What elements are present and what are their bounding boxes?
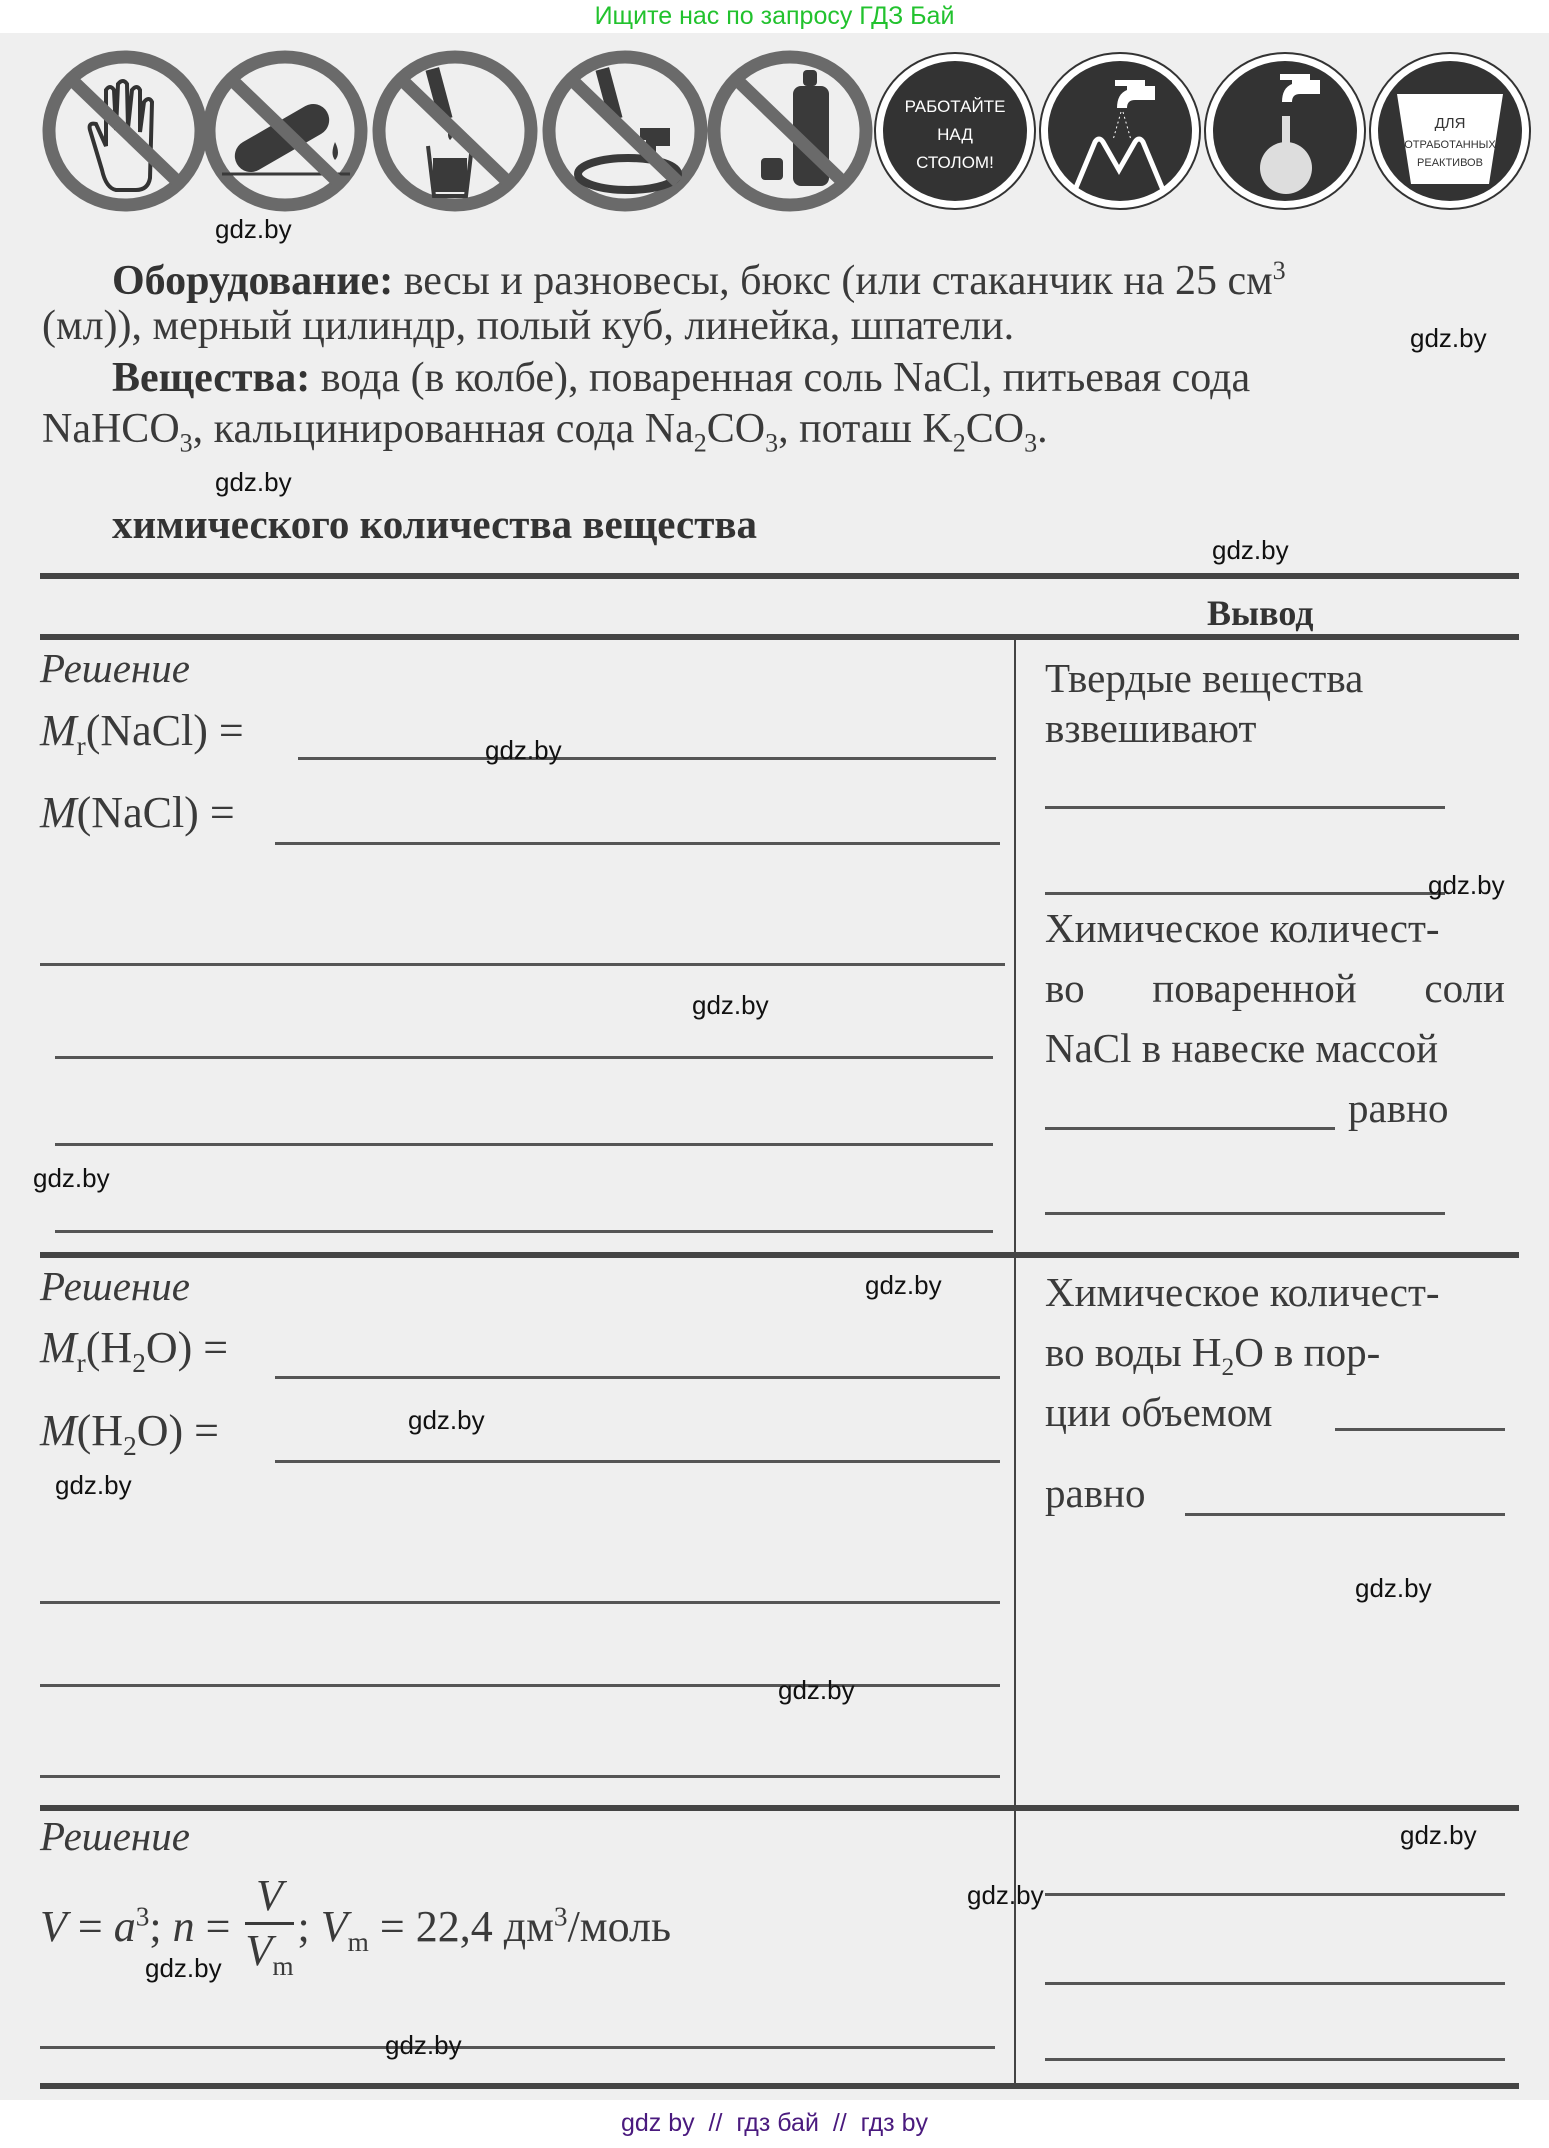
answer-line[interactable] [40, 1601, 1000, 1604]
search-hint-banner: Ищите нас по запросу ГДЗ Бай [0, 0, 1549, 33]
conclusion-text: ции объемом [1045, 1384, 1272, 1440]
answer-line[interactable] [1045, 806, 1445, 809]
fraction: VVm [245, 1870, 293, 1992]
row-rule [40, 1252, 1519, 1258]
answer-line[interactable] [55, 1056, 993, 1059]
waste-reagents-icon: ДЛЯ ОТРАБОТАННЫХ РЕАКТИВОВ [1365, 50, 1535, 212]
answer-line[interactable] [55, 1230, 993, 1233]
answer-line[interactable] [1045, 892, 1445, 895]
answer-line[interactable] [275, 842, 1000, 845]
rinse-flask-icon [1200, 50, 1370, 212]
no-open-bottle-icon [705, 50, 875, 212]
no-spill-test-tube-icon [200, 50, 370, 212]
watermark: gdz.by [55, 1470, 132, 1501]
watermark: gdz.by [33, 1163, 110, 1194]
answer-line[interactable] [1335, 1428, 1505, 1431]
conclusion-header: Вывод [1207, 592, 1314, 634]
answer-line[interactable] [40, 1775, 1000, 1778]
answer-line[interactable] [275, 1376, 1000, 1379]
answer-line[interactable] [1045, 1127, 1335, 1130]
watermark: gdz.by [865, 1270, 942, 1301]
watermark: gdz.by [385, 2030, 462, 2061]
answer-line[interactable] [40, 2046, 995, 2049]
watermark: gdz.by [967, 1880, 1044, 1911]
substances-label: Вещества: [112, 355, 310, 401]
table-header-rule [40, 634, 1519, 640]
watermark: gdz.by [1428, 870, 1505, 901]
formula-mr-h2o: Mr(H2O) = [40, 1322, 228, 1379]
equipment-line-2: (мл)), мерный цилиндр, полый куб, линейк… [42, 305, 1014, 347]
formula-m-h2o: M(H2O) = [40, 1405, 219, 1462]
watermark: gdz.by [778, 1675, 855, 1706]
equipment-line-1: Оборудование: весы и разновесы, бюкс (ил… [112, 250, 1522, 302]
watermark: gdz.by [1410, 323, 1487, 354]
watermark: gdz.by [485, 735, 562, 766]
answer-line[interactable] [1045, 1893, 1505, 1896]
svg-text:РЕАКТИВОВ: РЕАКТИВОВ [1417, 157, 1483, 169]
formula-m-nacl: M(NaCl) = [40, 787, 235, 838]
conclusion-text: Химическое количест- [1045, 900, 1440, 956]
substances-line-2: NaHCO3, кальцинированная сода Na2CO3, по… [42, 408, 1048, 464]
table-top-rule [40, 573, 1519, 579]
answer-line[interactable] [1045, 1212, 1445, 1215]
work-over-table-icon: РАБОТАЙТЕ НАД СТОЛОМ! [870, 50, 1040, 212]
watermark: gdz.by [1355, 1573, 1432, 1604]
volume-formulas: V = a3; n = VVm; Vm = 22,4 дм3/моль [40, 1870, 671, 1992]
svg-text:НАД: НАД [937, 125, 973, 144]
section-heading: химического количества вещества [112, 500, 757, 548]
watermark: gdz.by [1400, 1820, 1477, 1851]
watermark: gdz.by [408, 1405, 485, 1436]
watermark: gdz.by [1212, 535, 1289, 566]
conclusion-text: во поваренной соли [1045, 960, 1505, 1016]
solution-label: Решение [40, 1808, 190, 1864]
answer-line[interactable] [55, 1143, 993, 1146]
conclusion-text: взвешивают [1045, 700, 1256, 756]
watermark: gdz.by [145, 1953, 222, 1984]
watermark: gdz.by [215, 214, 292, 245]
svg-text:РАБОТАЙТЕ: РАБОТАЙТЕ [905, 97, 1006, 116]
solution-label: Решение [40, 1258, 190, 1314]
column-divider [1014, 640, 1016, 2085]
table-bottom-rule [40, 2083, 1519, 2089]
equipment-label: Оборудование: [112, 258, 393, 304]
watermark: gdz.by [692, 990, 769, 1021]
row-rule [40, 1805, 1519, 1811]
no-touch-hand-icon [40, 50, 210, 212]
answer-line[interactable] [1185, 1513, 1505, 1516]
answer-line[interactable] [40, 963, 1005, 966]
watermark: gdz.by [215, 467, 292, 498]
solution-label: Решение [40, 640, 190, 696]
footer-text: gdz by // гдз бай // гдз by [621, 2109, 928, 2137]
formula-mr-nacl: Mr(NaCl) = [40, 705, 244, 762]
conclusion-text: равно [1348, 1080, 1449, 1136]
answer-line[interactable] [1045, 1982, 1505, 1985]
conclusion-text: Твердые вещества [1045, 650, 1363, 706]
footer-banner: gdz by // гдз бай // гдз by [0, 2100, 1549, 2148]
no-pour-into-glass-icon [370, 50, 540, 212]
svg-text:ОТРАБОТАННЫХ: ОТРАБОТАННЫХ [1404, 139, 1496, 151]
conclusion-text: NaCl в навеске массой [1045, 1020, 1438, 1076]
search-hint-text: Ищите нас по запросу ГДЗ Бай [595, 2, 955, 30]
wash-hands-icon [1035, 50, 1205, 212]
answer-line[interactable] [1045, 2058, 1505, 2061]
answer-line[interactable] [275, 1460, 1000, 1463]
answer-line[interactable] [40, 1684, 1000, 1687]
svg-text:ДЛЯ: ДЛЯ [1435, 115, 1466, 132]
conclusion-text: Химическое количест- [1045, 1264, 1440, 1320]
svg-text:СТОЛОМ!: СТОЛОМ! [916, 153, 994, 172]
no-pour-into-sink-icon [540, 50, 710, 212]
conclusion-text: равно [1045, 1465, 1146, 1521]
substances-line-1: Вещества: вода (в колбе), поваренная сол… [112, 357, 1522, 399]
answer-line[interactable] [298, 757, 996, 760]
